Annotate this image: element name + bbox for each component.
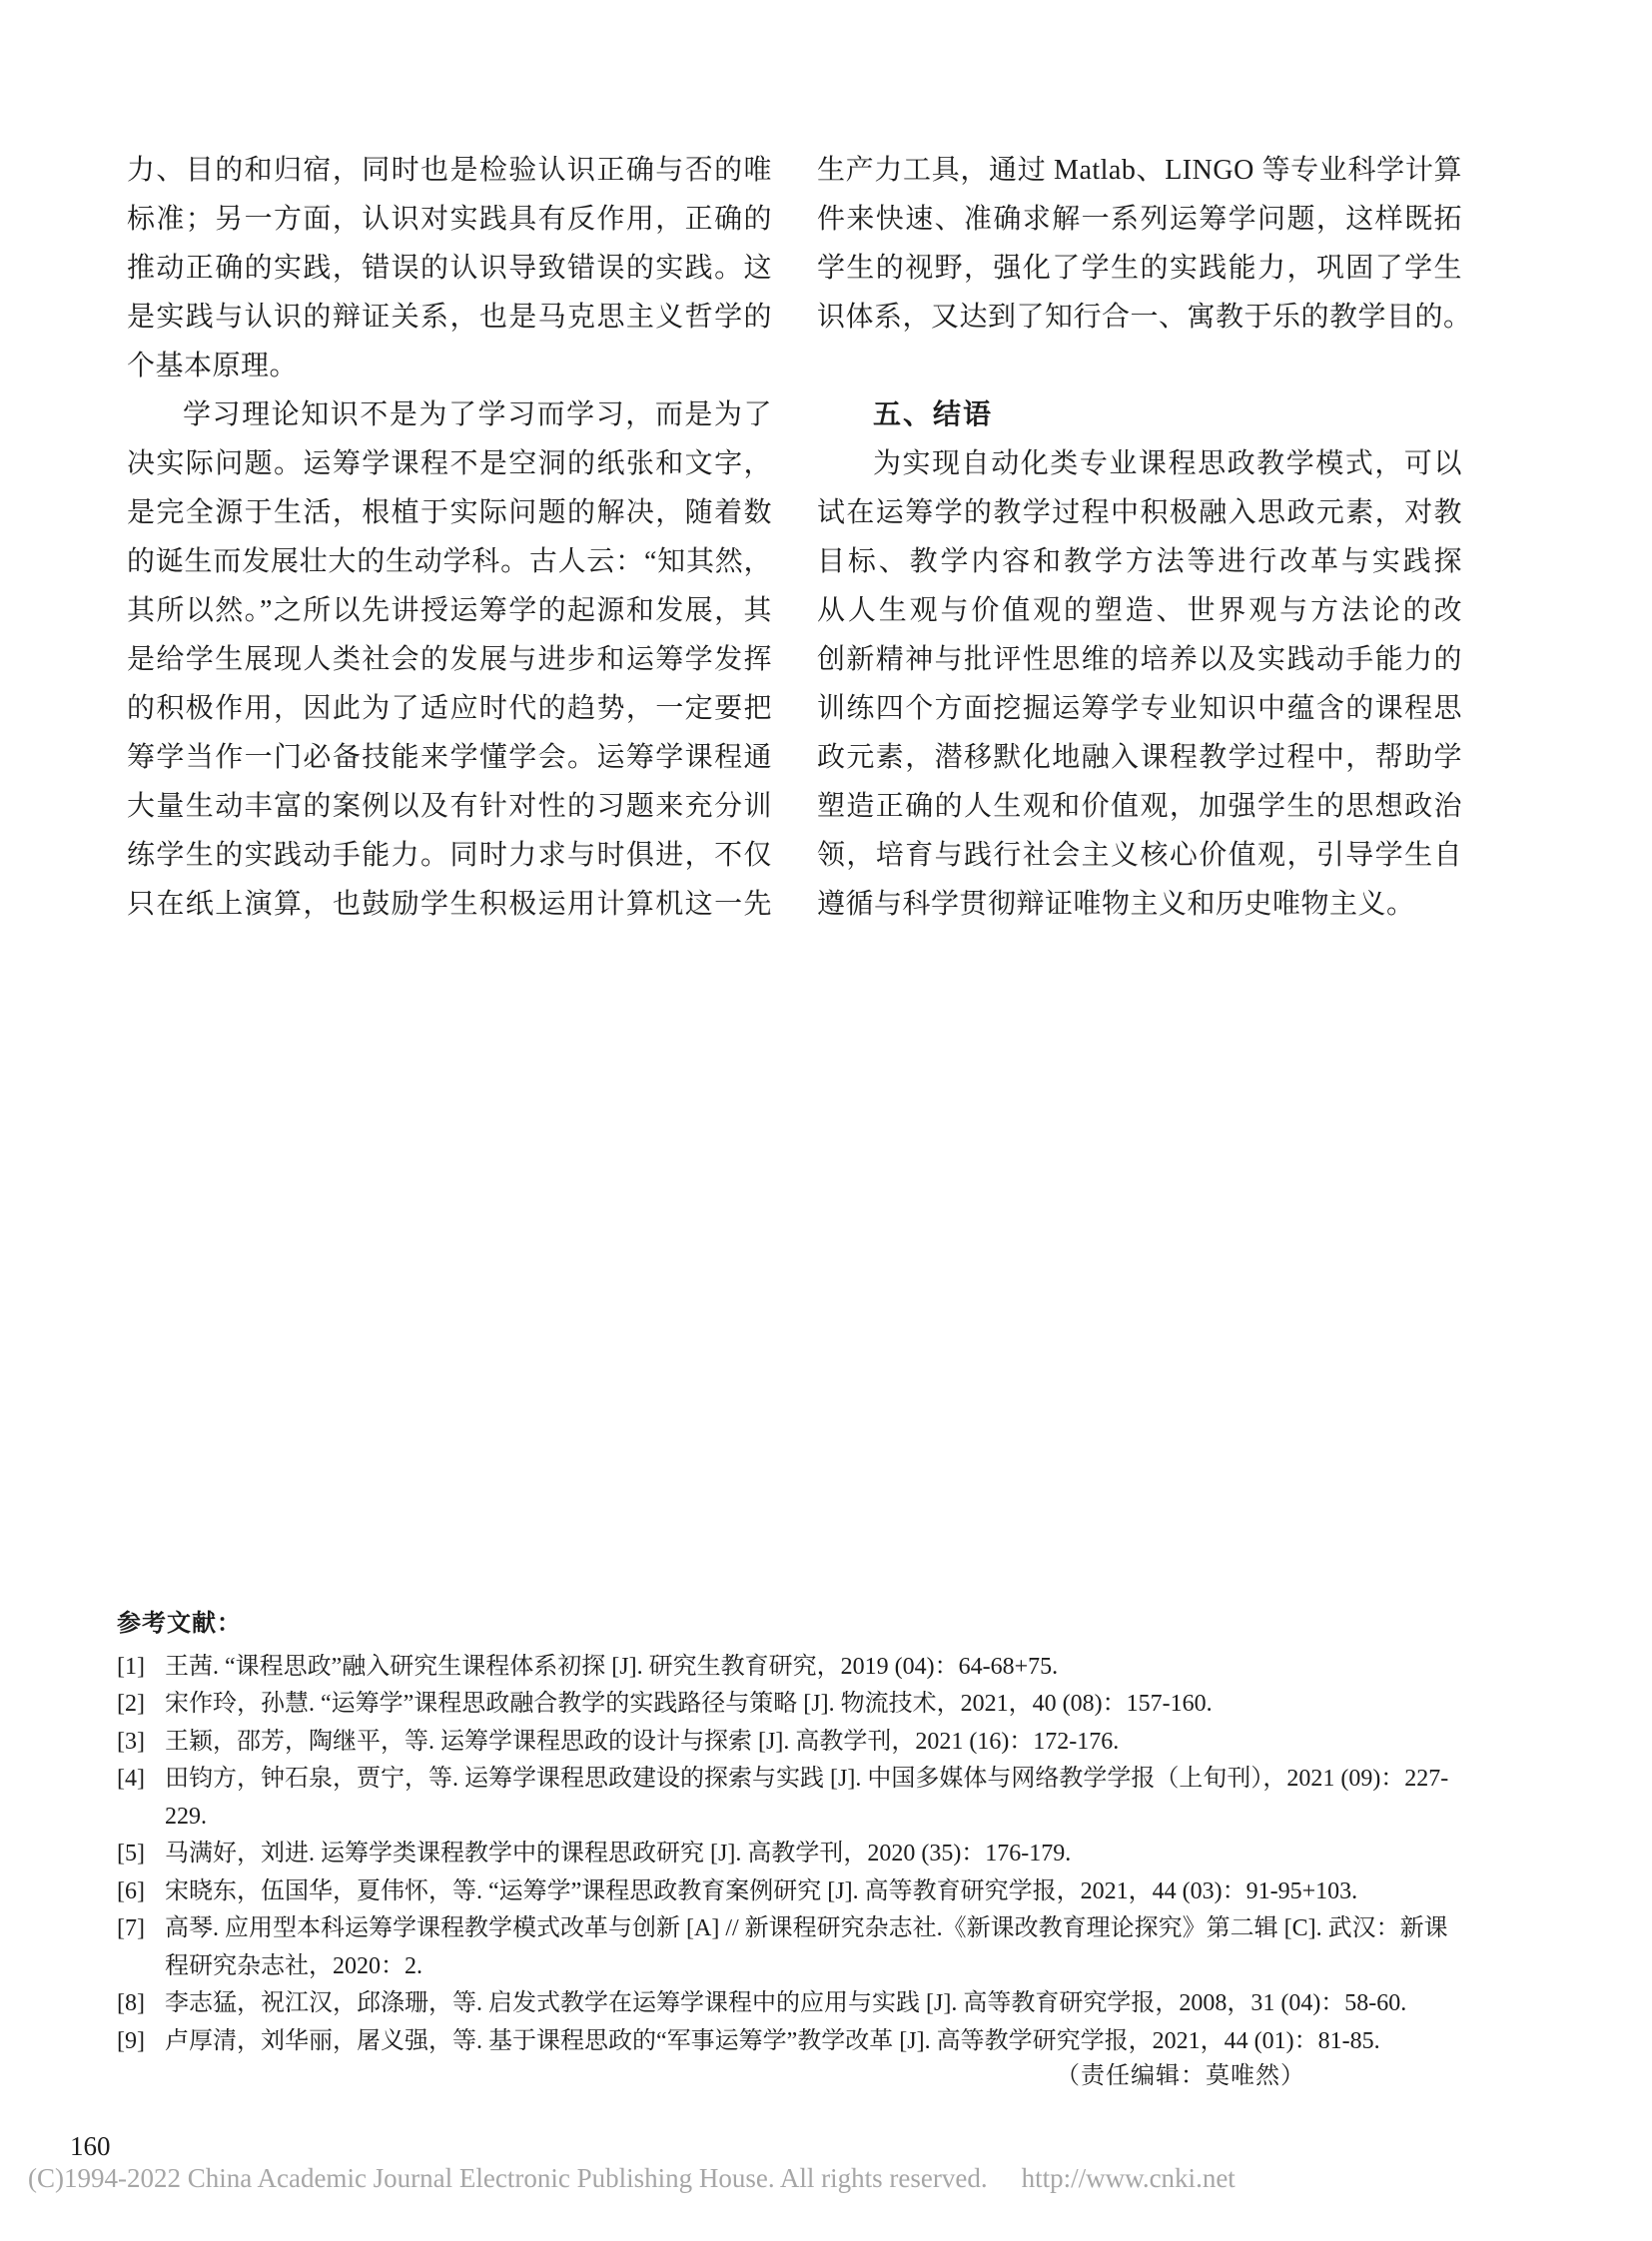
section-heading: 五、结语 [817, 390, 1462, 439]
references-section: 参考文献： [1] 王茜. “课程思政”融入研究生课程体系初探 [J]. 研究生… [117, 1606, 1471, 2060]
reference-marker: [7] [117, 1910, 145, 1948]
body-line: 决实际问题。运筹学课程不是空洞的纸张和文字，而 [127, 439, 772, 488]
body-line: 学生的视野，强化了学生的实践能力，巩固了学生的知 [817, 244, 1462, 293]
reference-text: 李志猛，祝江汉，邱涤珊，等. 启发式教学在运筹学课程中的应用与实践 [J]. 高… [165, 1990, 1406, 2016]
body-line: 标准；另一方面，认识对实践具有反作用，正确的认识 [127, 195, 772, 244]
body-line: 识体系，又达到了知行合一、寓教于乐的教学目的。 [817, 293, 1462, 342]
body-line: 是实践与认识的辩证关系，也是马克思主义哲学的一 [127, 293, 772, 342]
reference-item: [8] 李志猛，祝江汉，邱涤珊，等. 启发式教学在运筹学课程中的应用与实践 [J… [117, 1985, 1471, 2023]
reference-text: 马满好，刘进. 运筹学类课程教学中的课程思政研究 [J]. 高教学刊，2020 … [165, 1841, 1071, 1867]
body-line: 的积极作用，因此为了适应时代的趋势，一定要把运 [127, 684, 772, 733]
body-line: 为实现自动化类专业课程思政教学模式，可以尝 [817, 439, 1462, 488]
reference-text: 卢厚清，刘华丽，屠义强，等. 基于课程思政的“军事运筹学”教学改革 [J]. 高… [165, 2028, 1380, 2054]
footer-url: http://www.cnki.net [1022, 2163, 1236, 2193]
body-line: 是给学生展现人类社会的发展与进步和运筹学发挥 [127, 635, 772, 684]
body-line: 只在纸上演算，也鼓励学生积极运用计算机这一先进 [127, 880, 772, 929]
reference-text: 田钧方，钟石泉，贾宁，等. 运筹学课程思政建设的探索与实践 [J]. 中国多媒体… [165, 1766, 1448, 1830]
blank-line [817, 342, 1462, 390]
body-line: 其所以然。”之所以先讲授运筹学的起源和发展，其实 [127, 586, 772, 635]
body-line: 政元素，潜移默化地融入课程教学过程中，帮助学生 [817, 733, 1462, 782]
reference-marker: [6] [117, 1873, 145, 1911]
body-line: 训练四个方面挖掘运筹学专业知识中蕴含的课程思 [817, 684, 1462, 733]
right-column: 生产力工具，通过 Matlab、LINGO 等专业科学计算软 件来快速、准确求解… [817, 146, 1462, 929]
reference-text: 王茜. “课程思政”融入研究生课程体系初探 [J]. 研究生教育研究，2019 … [165, 1654, 1058, 1680]
reference-text: 王颖，邵芳，陶继平，等. 运筹学课程思政的设计与探索 [J]. 高教学刊，202… [165, 1729, 1119, 1755]
reference-item: [6] 宋晓东，伍国华，夏伟怀，等. “运筹学”课程思政教育案例研究 [J]. … [117, 1873, 1471, 1911]
footer-copyright: (C)1994-2022 China Academic Journal Elec… [28, 2163, 988, 2193]
reference-text: 宋作玲，孙慧. “运筹学”课程思政融合教学的实践路径与策略 [J]. 物流技术，… [165, 1691, 1213, 1717]
body-line: 塑造正确的人生观和价值观，加强学生的思想政治引 [817, 782, 1462, 831]
reference-item: [5] 马满好，刘进. 运筹学类课程教学中的课程思政研究 [J]. 高教学刊，2… [117, 1836, 1471, 1873]
body-line: 个基本原理。 [127, 342, 772, 390]
body-line: 学习理论知识不是为了学习而学习，而是为了解 [127, 390, 772, 439]
body-line: 力、目的和归宿，同时也是检验认识正确与否的唯一 [127, 146, 772, 195]
body-line: 大量生动丰富的案例以及有针对性的习题来充分训 [127, 782, 772, 831]
body-line: 领，培育与践行社会主义核心价值观，引导学生自觉 [817, 831, 1462, 880]
reference-item: [2] 宋作玲，孙慧. “运筹学”课程思政融合教学的实践路径与策略 [J]. 物… [117, 1686, 1471, 1724]
references-label: 参考文献： [117, 1606, 1471, 1644]
body-line: 筹学当作一门必备技能来学懂学会。运筹学课程通过 [127, 733, 772, 782]
reference-marker: [3] [117, 1724, 145, 1762]
reference-item: [4] 田钧方，钟石泉，贾宁，等. 运筹学课程思政建设的探索与实践 [J]. 中… [117, 1761, 1471, 1836]
reference-marker: [8] [117, 1985, 145, 2023]
editor-note: （责任编辑：莫唯然） [117, 2055, 1305, 2090]
reference-marker: [4] [117, 1761, 145, 1799]
body-line: 件来快速、准确求解一系列运筹学问题，这样既拓宽了 [817, 195, 1462, 244]
body-line: 试在运筹学的教学过程中积极融入思政元素，对教学 [817, 488, 1462, 537]
paper-page: 力、目的和归宿，同时也是检验认识正确与否的唯一 标准；另一方面，认识对实践具有反… [0, 0, 1652, 2241]
left-column: 力、目的和归宿，同时也是检验认识正确与否的唯一 标准；另一方面，认识对实践具有反… [127, 146, 772, 929]
body-line: 推动正确的实践，错误的认识导致错误的实践。这就 [127, 244, 772, 293]
body-line: 遵循与科学贯彻辩证唯物主义和历史唯物主义。 [817, 880, 1462, 929]
body-line: 生产力工具，通过 Matlab、LINGO 等专业科学计算软 [817, 146, 1462, 195]
reference-text: 宋晓东，伍国华，夏伟怀，等. “运筹学”课程思政教育案例研究 [J]. 高等教育… [165, 1878, 1357, 1904]
reference-marker: [5] [117, 1836, 145, 1873]
reference-text: 高琴. 应用型本科运筹学课程教学模式改革与创新 [A] // 新课程研究杂志社.… [165, 1915, 1448, 1979]
reference-marker: [2] [117, 1686, 145, 1724]
footer: (C)1994-2022 China Academic Journal Elec… [28, 2163, 1626, 2194]
reference-item: [3] 王颖，邵芳，陶继平，等. 运筹学课程思政的设计与探索 [J]. 高教学刊… [117, 1724, 1471, 1762]
body-line: 目标、教学内容和教学方法等进行改革与实践探索。 [817, 537, 1462, 586]
reference-item: [1] 王茜. “课程思政”融入研究生课程体系初探 [J]. 研究生教育研究，2… [117, 1649, 1471, 1687]
body-line: 练学生的实践动手能力。同时力求与时俱进，不仅仅 [127, 831, 772, 880]
body-line: 从人生观与价值观的塑造、世界观与方法论的改造、 [817, 586, 1462, 635]
body-line: 创新精神与批评性思维的培养以及实践动手能力的 [817, 635, 1462, 684]
reference-marker: [1] [117, 1649, 145, 1687]
reference-item: [7] 高琴. 应用型本科运筹学课程教学模式改革与创新 [A] // 新课程研究… [117, 1910, 1471, 1985]
body-line: 的诞生而发展壮大的生动学科。古人云：“知其然，知 [127, 537, 772, 586]
page-number: 160 [70, 2131, 111, 2162]
body-line: 是完全源于生活，根植于实际问题的解决，随着数学 [127, 488, 772, 537]
